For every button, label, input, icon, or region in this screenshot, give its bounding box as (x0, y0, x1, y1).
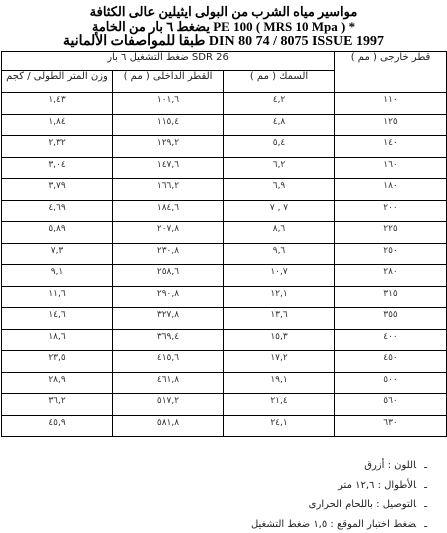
outer-diameter-cell: ٣٥٥ (335, 308, 447, 330)
inner-diameter-cell: ١٠١,٦ (113, 93, 224, 115)
thickness-cell: ١٢,١ (224, 286, 335, 308)
inner-diameter-cell: ٣٦٩,٤ (113, 329, 224, 351)
title-line-2: يضغط ٦ بار من الخامة PE 100 ( MRS 10 Mpa… (0, 19, 447, 34)
outer-diameter-header: قطر خارجى ( مم ) (335, 52, 447, 93)
title-line-1: مواسير مياه الشرب من البولى ايثيلين عالى… (0, 4, 447, 19)
note-length: ـالأطوال : ١٢,٦ متر (251, 476, 427, 496)
table-row: ٤٥,٩٥٨١,٨٢٤,١٦٣٠ (2, 415, 447, 437)
outer-diameter-cell: ٤٥٠ (335, 351, 447, 373)
table-row: ٤,٦٩١٨٤,٦٧ , ٧٢٠٠ (2, 200, 447, 222)
outer-diameter-cell: ٢٢٥ (335, 222, 447, 244)
table-row: ١٨,٦٣٦٩,٤١٥,٣٤٠٠ (2, 329, 447, 351)
table-row: ٧,٣٢٣٠,٨٩,٦٢٥٠ (2, 243, 447, 265)
weight-cell: ١١,٦ (2, 286, 113, 308)
weight-cell: ٧,٣ (2, 243, 113, 265)
outer-diameter-cell: ٦٣٠ (335, 415, 447, 437)
thickness-cell: ٨,٦ (224, 222, 335, 244)
thickness-header: السمك ( مم ) (224, 71, 335, 93)
thickness-cell: ٤,٨ (224, 114, 335, 136)
weight-cell: ٢,٣٢ (2, 136, 113, 158)
outer-diameter-cell: ٣١٥ (335, 286, 447, 308)
note-connection: ـالتوصيل : باللحام الحرارى (251, 495, 427, 515)
weight-cell: ١,٤٣ (2, 93, 113, 115)
inner-diameter-header: القطر الداخلى ( مم ) (113, 71, 224, 93)
thickness-cell: ٦,٢ (224, 157, 335, 179)
outer-diameter-cell: ١٦٠ (335, 157, 447, 179)
table-row: ٢٣,٥٤١٥,٦١٧,٢٤٥٠ (2, 351, 447, 373)
inner-diameter-cell: ٢٠٧,٨ (113, 222, 224, 244)
table-row: ٣٦,٢٥١٧,٢٢١,٤٥٦٠ (2, 394, 447, 416)
weight-cell: ٣,٧٩ (2, 179, 113, 201)
table-row: ١٤,٦٣٢٧,٨١٣,٦٣٥٥ (2, 308, 447, 330)
inner-diameter-cell: ١٨٤,٦ (113, 200, 224, 222)
weight-cell: ١٨,٦ (2, 329, 113, 351)
inner-diameter-cell: ١٤٧,٦ (113, 157, 224, 179)
outer-diameter-cell: ٢٠٠ (335, 200, 447, 222)
inner-diameter-cell: ١١٥,٤ (113, 114, 224, 136)
table-row: ٣,٧٩١٦٦,٢٦,٩١٨٠ (2, 179, 447, 201)
inner-diameter-cell: ٥٨١,٨ (113, 415, 224, 437)
thickness-cell: ١٧,٢ (224, 351, 335, 373)
thickness-cell: ١٠,٧ (224, 265, 335, 287)
notes-list: ـاللون : أزرق ـالأطوال : ١٢,٦ متر ـالتوص… (251, 456, 427, 533)
weight-cell: ٢٨,٩ (2, 372, 113, 394)
thickness-cell: ٦,٩ (224, 179, 335, 201)
thickness-cell: ١٩,١ (224, 372, 335, 394)
outer-diameter-cell: ١٨٠ (335, 179, 447, 201)
note-color: ـاللون : أزرق (251, 456, 427, 476)
weight-cell: ٥,٨٩ (2, 222, 113, 244)
outer-diameter-cell: ٤٠٠ (335, 329, 447, 351)
weight-cell: ٤٥,٩ (2, 415, 113, 437)
outer-diameter-cell: ٥٠٠ (335, 372, 447, 394)
thickness-cell: ١٣,٦ (224, 308, 335, 330)
table-row: ٢٨,٩٤٦١,٨١٩,١٥٠٠ (2, 372, 447, 394)
table-row: ٣,٠٤١٤٧,٦٦,٢١٦٠ (2, 157, 447, 179)
note-test-pressure: ـضغط اختبار الموقع : ١,٥ ضغط التشغيل (251, 515, 427, 533)
thickness-cell: ٩,٦ (224, 243, 335, 265)
weight-cell: ٣٦,٢ (2, 394, 113, 416)
outer-diameter-cell: ١٤٠ (335, 136, 447, 158)
pipe-spec-table: ضغط التشغيل ٦ بار SDR 26 قطر خارجى ( مم … (1, 51, 447, 437)
outer-diameter-cell: ٢٥٠ (335, 243, 447, 265)
outer-diameter-cell: ٢٨٠ (335, 265, 447, 287)
weight-cell: ٣,٠٤ (2, 157, 113, 179)
thickness-cell: ٧ , ٧ (224, 200, 335, 222)
thickness-cell: ٢١,٤ (224, 394, 335, 416)
thickness-cell: ٤,٢ (224, 93, 335, 115)
inner-diameter-cell: ٢٣٠,٨ (113, 243, 224, 265)
table-row: ٢,٣٢١٢٩,٢٥,٤١٤٠ (2, 136, 447, 158)
weight-cell: ١٤,٦ (2, 308, 113, 330)
weight-cell: ٩,١ (2, 265, 113, 287)
outer-diameter-cell: ١١٠ (335, 93, 447, 115)
table-row: ١,٨٤١١٥,٤٤,٨١٢٥ (2, 114, 447, 136)
inner-diameter-cell: ١٢٩,٢ (113, 136, 224, 158)
inner-diameter-cell: ٢٩٠,٨ (113, 286, 224, 308)
inner-diameter-cell: ١٦٦,٢ (113, 179, 224, 201)
table-row: ١١,٦٢٩٠,٨١٢,١٣١٥ (2, 286, 447, 308)
inner-diameter-cell: ٤١٥,٦ (113, 351, 224, 373)
weight-cell: ٢٣,٥ (2, 351, 113, 373)
inner-diameter-cell: ٢٥٨,٦ (113, 265, 224, 287)
thickness-cell: ٥,٤ (224, 136, 335, 158)
table-row: ١,٤٣١٠١,٦٤,٢١١٠ (2, 93, 447, 115)
weight-cell: ٤,٦٩ (2, 200, 113, 222)
weight-header: وزن المتر الطولى / كجم (2, 71, 113, 93)
thickness-cell: ٢٤,١ (224, 415, 335, 437)
operating-pressure-header: ضغط التشغيل ٦ بار SDR 26 (2, 52, 335, 71)
inner-diameter-cell: ٣٢٧,٨ (113, 308, 224, 330)
table-row: ٥,٨٩٢٠٧,٨٨,٦٢٢٥ (2, 222, 447, 244)
inner-diameter-cell: ٥١٧,٢ (113, 394, 224, 416)
title-line-3: طبقا للمواصفات الألمانية DIN 80 74 / 807… (0, 34, 447, 49)
outer-diameter-cell: ٥٦٠ (335, 394, 447, 416)
table-row: ٩,١٢٥٨,٦١٠,٧٢٨٠ (2, 265, 447, 287)
weight-cell: ١,٨٤ (2, 114, 113, 136)
outer-diameter-cell: ١٢٥ (335, 114, 447, 136)
thickness-cell: ١٥,٣ (224, 329, 335, 351)
inner-diameter-cell: ٤٦١,٨ (113, 372, 224, 394)
